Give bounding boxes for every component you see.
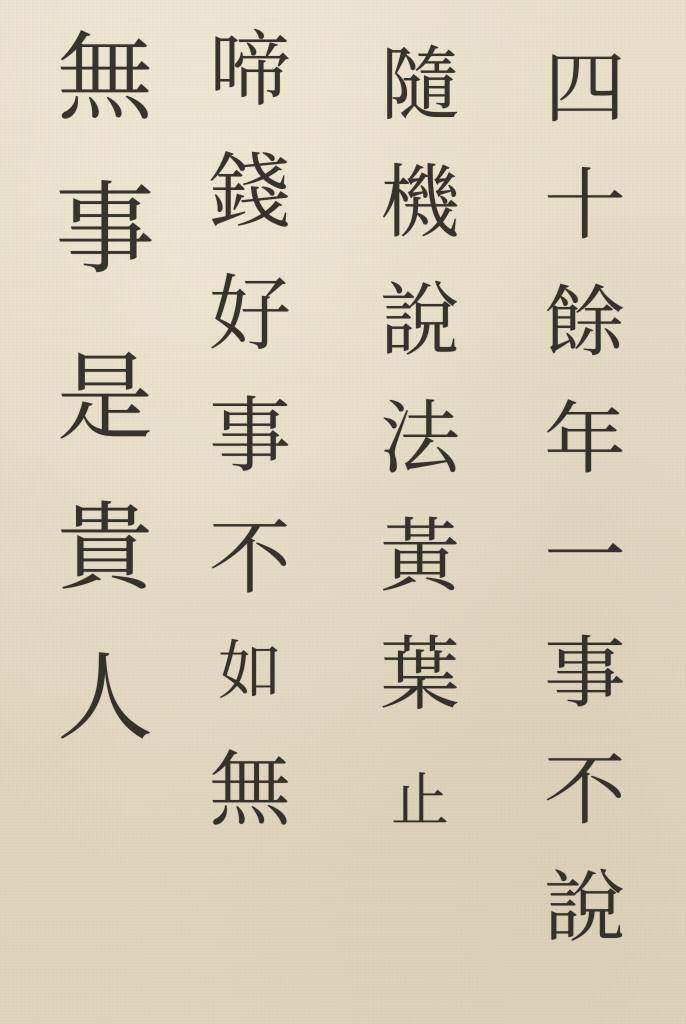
character: 不 [209,518,291,640]
calligraphy-column-4: 無 事 是 貴 人 [35,30,175,800]
character: 不 [544,752,626,869]
character: 止 [391,771,449,861]
character: 說 [544,869,626,986]
calligraphy-paper: 四 十 餘 年 一 事 不 說 隨 機 說 法 黃 葉 止 啼 錢 好 事 不 … [0,0,686,1024]
calligraphy-column-1: 四 十 餘 年 一 事 不 說 [530,50,640,986]
character: 說 [380,281,460,399]
character: 四 [544,50,626,167]
character: 事 [209,396,291,518]
character: 無 [209,750,291,872]
character: 一 [544,518,626,635]
character: 人 [57,650,153,800]
character: 如 [218,640,282,750]
character: 葉 [380,635,460,753]
character: 黃 [380,517,460,635]
character: 機 [380,163,460,281]
character: 錢 [209,152,291,274]
calligraphy-column-3: 啼 錢 好 事 不 如 無 [185,30,315,872]
character: 事 [544,635,626,752]
character: 好 [209,274,291,396]
character: 無 [57,30,153,180]
character: 隨 [380,45,460,163]
character: 啼 [209,30,291,152]
character: 是 [57,350,153,500]
calligraphy-column-2: 隨 機 說 法 黃 葉 止 [360,45,480,861]
character: 法 [380,399,460,517]
character: 事 [55,180,155,350]
character: 貴 [57,500,153,650]
character: 年 [544,401,626,518]
character: 十 [544,167,626,284]
character: 餘 [544,284,626,401]
